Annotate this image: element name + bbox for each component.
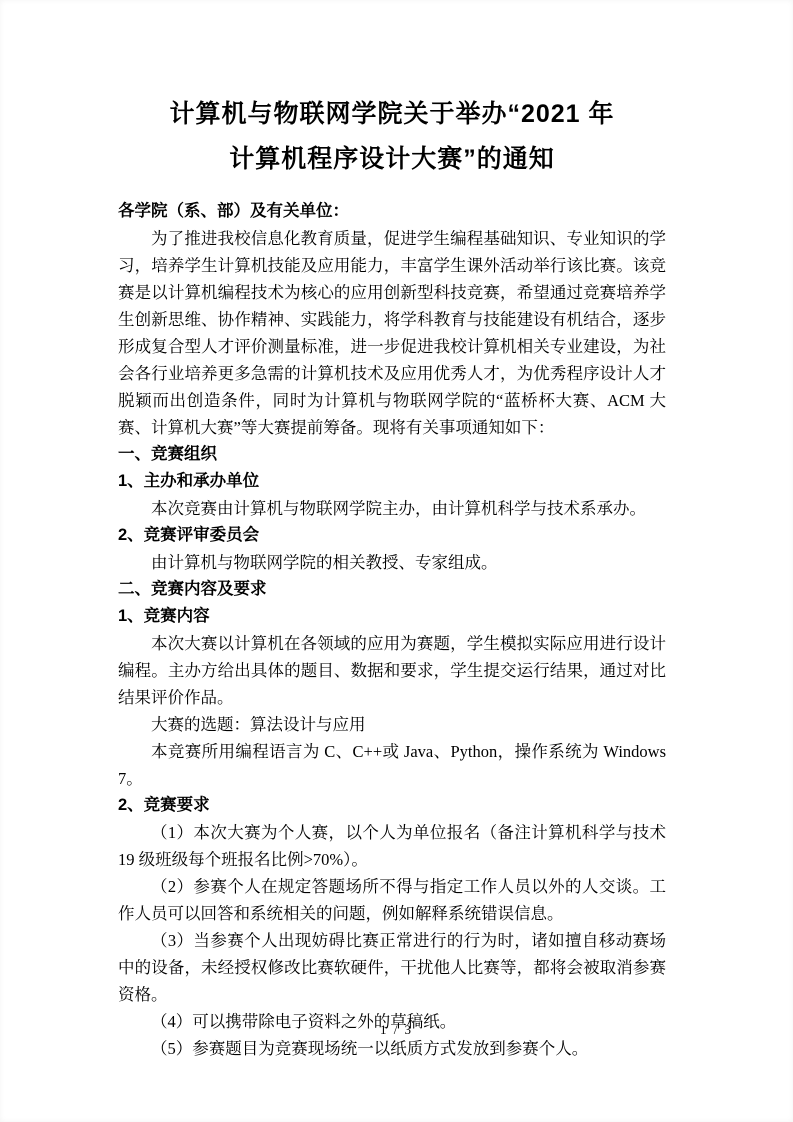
section-heading: 1、主办和承办单位 — [118, 468, 666, 495]
paragraph: （2）参赛个人在规定答题场所不得与指定工作人员以外的人交谈。工作人员可以回答和系… — [118, 873, 666, 927]
paragraph: （3）当参赛个人出现妨碍比赛正常进行的行为时，诸如擅自移动赛场中的设备，未经授权… — [118, 927, 666, 1008]
paragraph: 为了推进我校信息化教育质量，促进学生编程基础知识、专业知识的学习，培养学生计算机… — [118, 225, 666, 441]
document-content: 计算机与物联网学院关于举办“2021 年 计算机程序设计大赛”的通知 各学院（系… — [118, 92, 666, 1062]
paragraph: （5）参赛题目为竞赛现场统一以纸质方式发放到参赛个人。 — [118, 1035, 666, 1062]
paragraph: 由计算机与物联网学院的相关教授、专家组成。 — [118, 549, 666, 576]
document-title: 计算机与物联网学院关于举办“2021 年 计算机程序设计大赛”的通知 — [118, 92, 666, 182]
paragraph: 本次竞赛由计算机与物联网学院主办，由计算机科学与技术系承办。 — [118, 495, 666, 522]
paragraph: 本次大赛以计算机在各领域的应用为赛题，学生模拟实际应用进行设计编程。主办方给出具… — [118, 630, 666, 711]
page-number: 1 / 3 — [0, 1022, 793, 1038]
section-heading: 各学院（系、部）及有关单位： — [118, 198, 666, 225]
section-heading: 1、竞赛内容 — [118, 603, 666, 630]
paragraph: 本竞赛所用编程语言为 C、C++或 Java、Python，操作系统为 Wind… — [118, 738, 666, 792]
paragraph: 大赛的选题：算法设计与应用 — [118, 711, 666, 738]
section-heading: 2、竞赛要求 — [118, 792, 666, 819]
section-heading: 二、竞赛内容及要求 — [118, 576, 666, 603]
document-page: 计算机与物联网学院关于举办“2021 年 计算机程序设计大赛”的通知 各学院（系… — [0, 0, 793, 1122]
document-body: 各学院（系、部）及有关单位：为了推进我校信息化教育质量，促进学生编程基础知识、专… — [118, 198, 666, 1062]
document-title-line-1: 计算机与物联网学院关于举办“2021 年 — [118, 92, 666, 137]
section-heading: 一、竞赛组织 — [118, 441, 666, 468]
paragraph: （1）本次大赛为个人赛，以个人为单位报名（备注计算机科学与技术 19 级班级每个… — [118, 819, 666, 873]
document-title-line-2: 计算机程序设计大赛”的通知 — [118, 137, 666, 182]
section-heading: 2、竞赛评审委员会 — [118, 522, 666, 549]
